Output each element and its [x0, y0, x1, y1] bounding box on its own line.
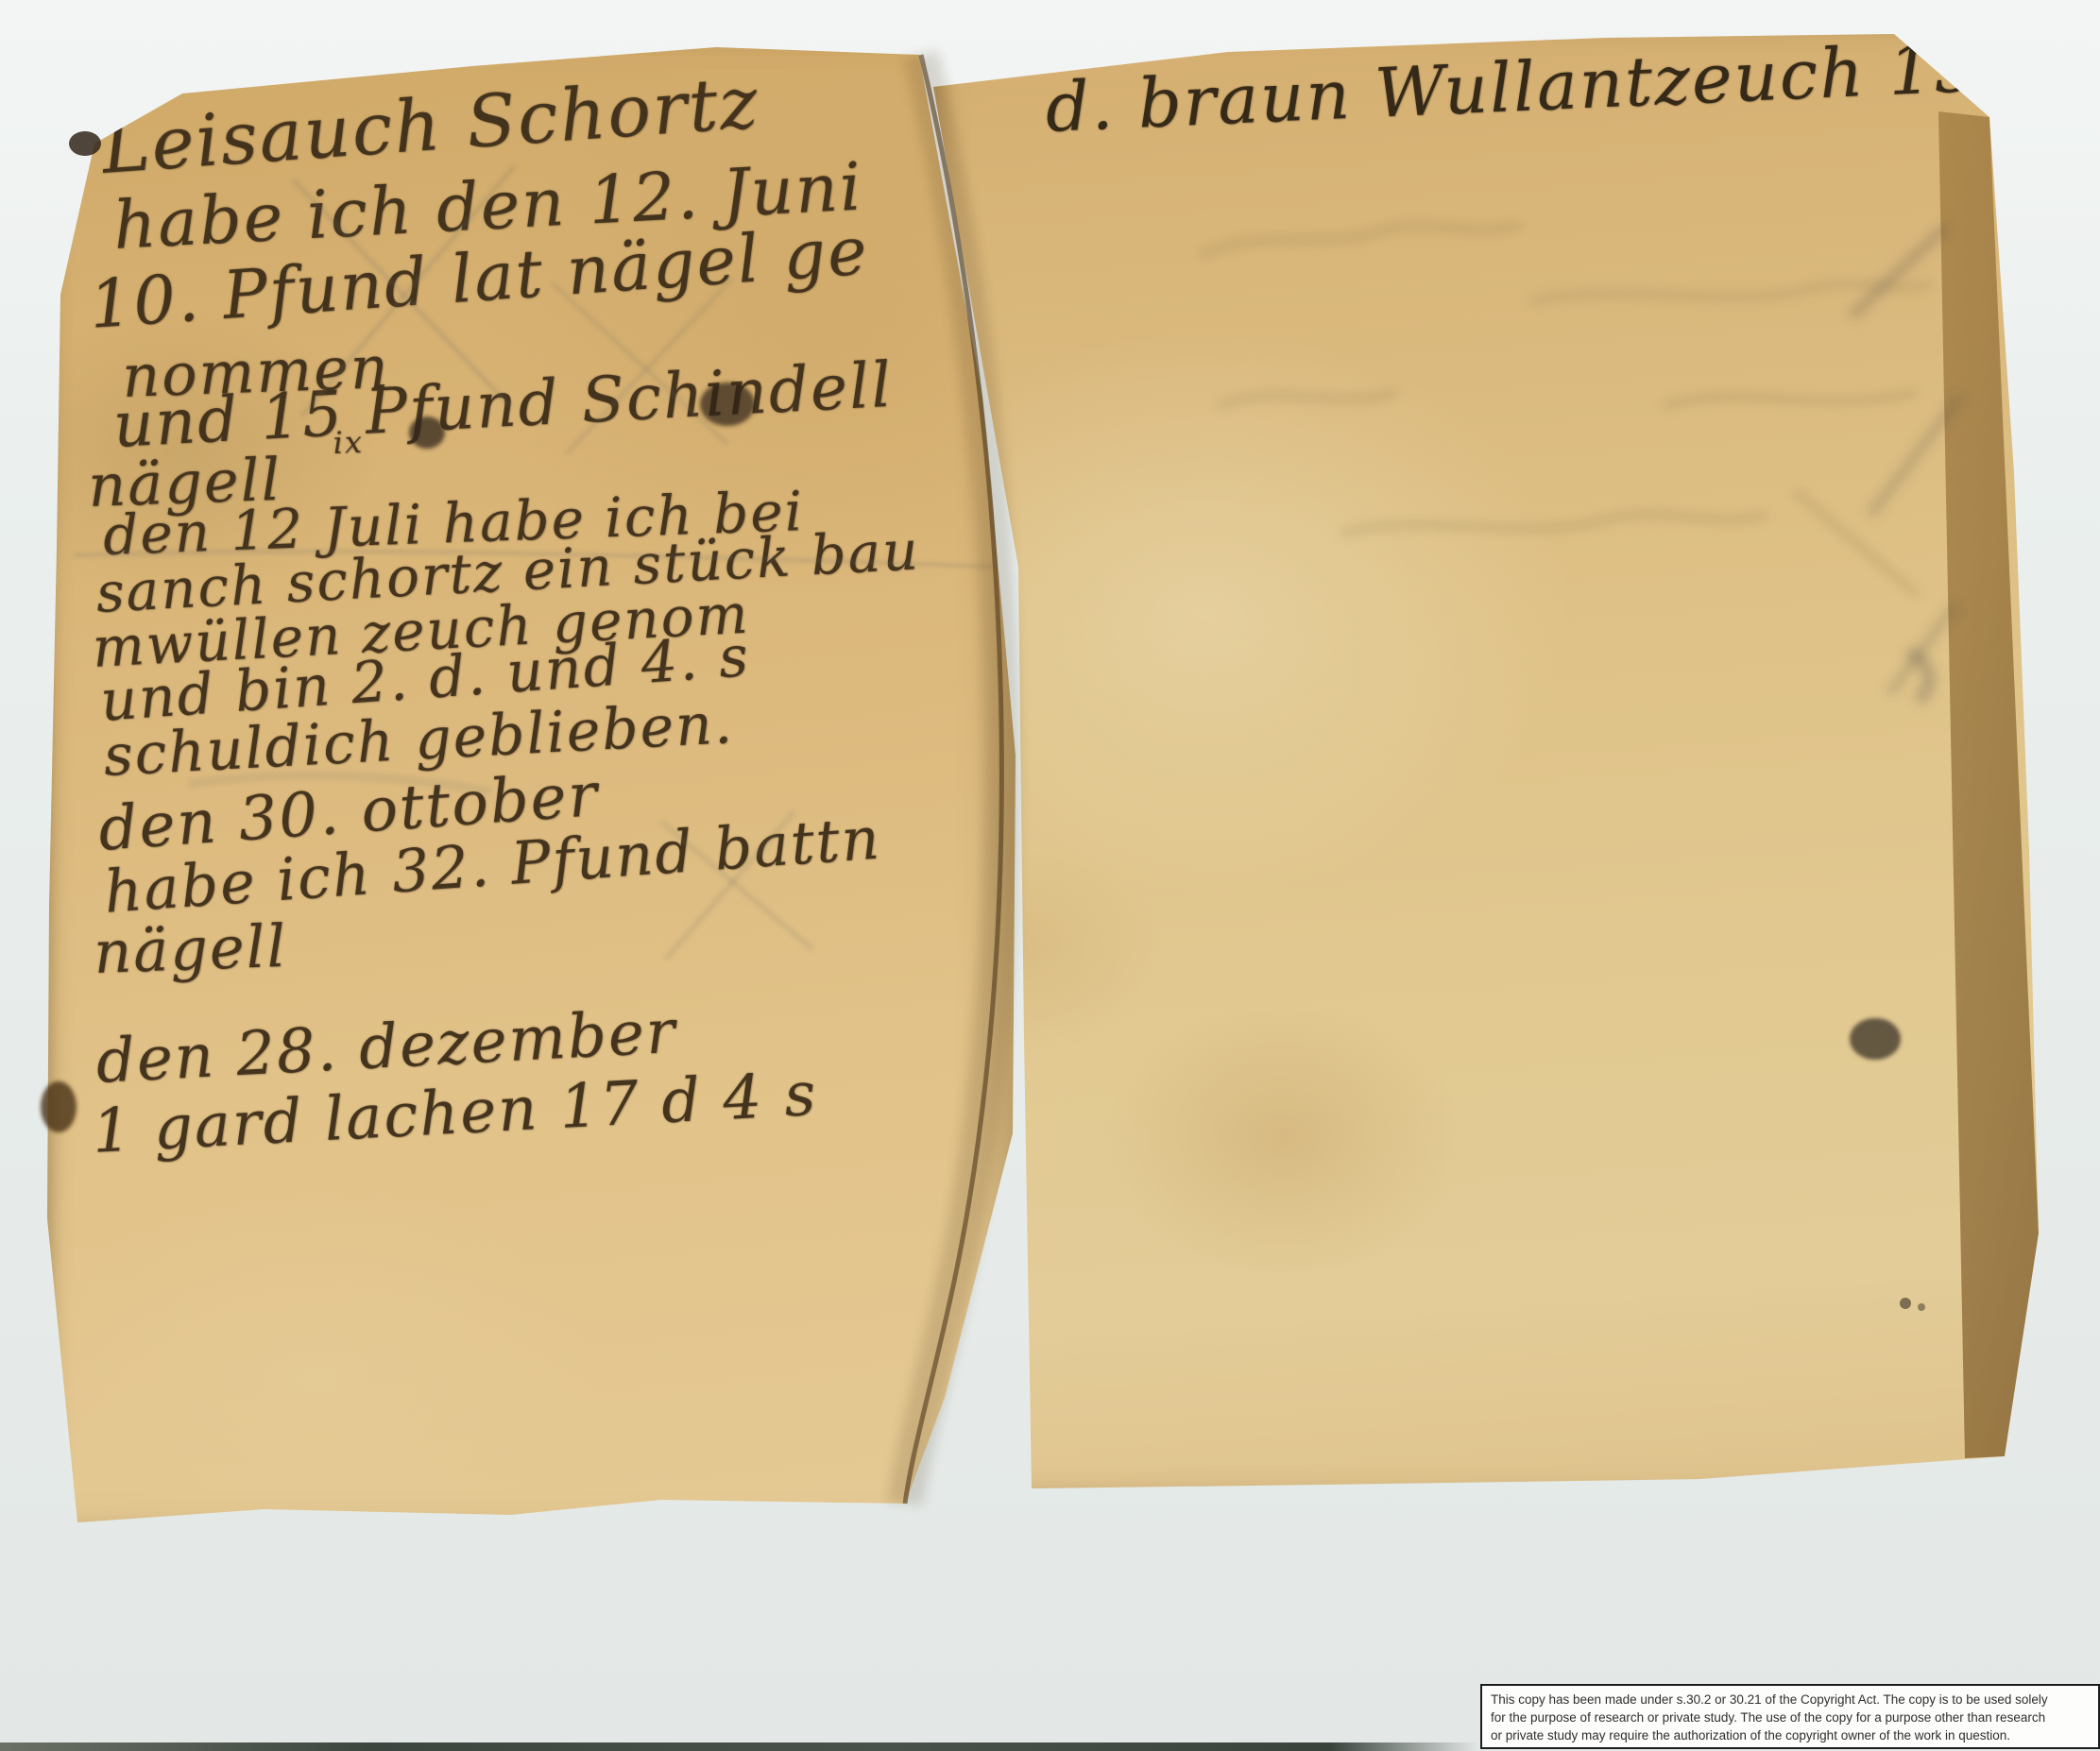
copyright-line: or private study may require the authori… — [1491, 1726, 2090, 1744]
left-page: Leisauch Schortz habe ich den 12. Juni 1… — [45, 36, 1018, 1526]
handwritten-line: nägell — [93, 911, 288, 987]
right-page: d. braun Wullantzeuch 15 d — [924, 28, 2048, 1488]
handwritten-superscript: ix — [333, 424, 365, 461]
handwritten-header: d. braun Wullantzeuch 15 d — [1044, 25, 2049, 147]
copyright-line: This copy has been made under s.30.2 or … — [1491, 1691, 2090, 1708]
copyright-notice: This copy has been made under s.30.2 or … — [1480, 1684, 2100, 1749]
page-stack-edge — [924, 28, 2048, 1488]
copyright-line: for the purpose of research or private s… — [1491, 1708, 2090, 1726]
scanner-edge — [0, 1742, 1478, 1751]
scanned-manuscript: Leisauch Schortz habe ich den 12. Juni 1… — [0, 0, 2100, 1751]
